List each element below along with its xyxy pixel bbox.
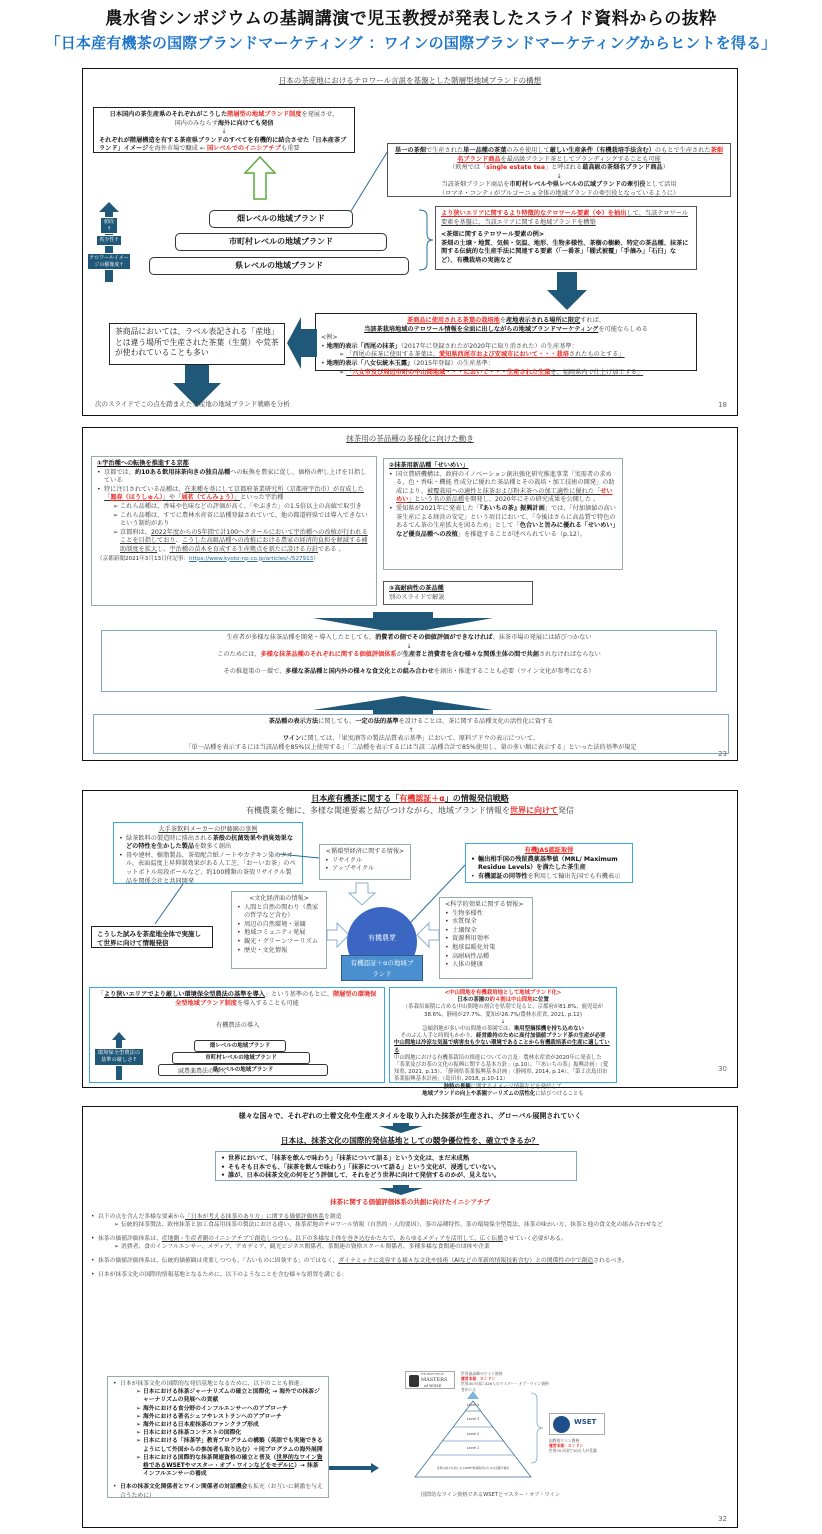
field-level-brand: 畑レベルの地域ブランド [194,1040,286,1052]
masters-of-wine-logo: THE INSTITUTE OF MASTERS of WINE [405,1371,455,1389]
pyramid-level-2: Level 2 [453,1432,493,1436]
initiative-bullets: 以下の点を含んだ多様な要素から「日本が考える抹茶のあり方」に関する価値評価体系を… [91,1213,727,1279]
arrow-down-icon [379,1123,423,1133]
terroir-elements-box: より狭いエリアに関するより特徴的なテロワール要素（※）を抽出して、当該テロワール… [435,206,697,270]
arrow-down-icon [379,1185,423,1195]
spread-initiative-box: こうした試みを茶産地全体で実施して世界に向けて情報発信 [91,926,213,948]
slide-title: 抹茶用の茶品種の多様化に向けた動き [83,433,737,444]
arrow-right-icon [329,1463,379,1473]
hollow-arrow-right-icon [327,923,349,947]
arrow-left-icon [287,317,317,369]
axis-tag-terroir: テロワールイメージの解像度↑ [87,253,131,270]
page-title: 農水省シンポジウムの基調講演で児玉教授が発表したスライド資料からの抜粋 [0,4,822,29]
culture-economy-box: <文化経済面の情報> 人間と自然の関わり（農家の哲学など含む） 周辺の自然環境・… [231,891,327,969]
field-level-brand: 畑レベルの地域ブランド [209,210,353,228]
axis-eco-standard: 環境保全型農法の基準の厳しさ↑ [94,1048,144,1066]
single-estate-box: 単一の茶畑で生産された単一品種の茶葉のみを使用して厳しい生産条件（有機栽培手法含… [387,143,731,197]
connector-line [393,863,469,943]
organic-introduction-note: 有機農法の導入 [216,1022,259,1031]
wine-caption: 国際的なワイン資格であるWSETとマスター・オブ・ワイン [421,1491,560,1498]
next-slide-note: 次のスライドでこの点を踏まえた茶産地の地域ブランド戦略を分析 [95,399,290,408]
connector-line [279,853,321,859]
axis-tag-price: 値段↑ [100,217,118,234]
pyramid-level-1: Level 1 [453,1446,493,1450]
slide-30: 日本産有機茶に関する「有機認証＋α」の情報発信戦略 有機農業を軸に、多様な関連要… [82,790,738,1088]
green-arrow-up-icon [245,157,275,199]
masters-of-wine-info: 世界最高峰のワイン資格 運営本部：ロンドン 世界30カ国に426人のマスター・オ… [461,1371,551,1392]
slide-23: 抹茶用の茶品種の多様化に向けた動き ①宇治種への転換を推進する京都 京都では、約… [82,427,738,761]
arrow-up-wide-icon [313,696,493,716]
labeling-standard-box: 茶品種の表示方法に関しても、一定の法的基準を設けることは、茶に関する品種文化の活… [93,714,729,754]
wset-logo: WSET [549,1413,605,1435]
pyramid-base: 世界の様々な国にあるWSET資格取得のための受験予備校 [417,1466,529,1470]
eco-hierarchy-box: 「より狭いエリアでより厳しい環境保全型農法の基準を導入」という基準のもとに、階層… [89,987,385,1083]
initiative-heading: 抹茶に関する価値評価体系の共創に向けたイニシアチブ [83,1197,737,1206]
connector-line [153,884,185,926]
matcha-culture-box: 世界において、「抹茶を飲んで味わう」「抹茶について語る」という文化は、まだ未成熟… [215,1151,577,1181]
kyoto-uji-box: ①宇治種への転換を推進する京都 京都では、約10ある飲用抹茶向きの独自品種への転… [91,456,377,606]
municipal-level-brand: 市町村レベルの地域ブランド [172,1052,310,1064]
reduced-pesticide-note: 減農薬農法の導入 [178,1068,226,1077]
slide-32: 様々な国々で、それぞれの土着文化や生産スタイルを取り入れた抹茶が生産され、グロー… [82,1106,738,1528]
municipal-level-brand: 市町村レベルの地域ブランド [175,233,387,251]
pyramid-level-4: Level 4 [453,1403,493,1407]
national-brand-box: 日本国内の茶生産県のそれぞれがこうした階層型の地域ブランド制度を発展させ、 国内… [93,107,355,153]
value-evaluation-box: 生産者が多様な抹茶品種を開発・導入したとしても、消費者の側でその価値評価ができな… [101,630,717,692]
slide-subtitle: 有機農業を軸に、多様な関連要素と結びつけながら、地域ブランド情報を世界に向けて発… [83,805,737,816]
label-origin-note: 茶商品においては、ラベル表記される「産地」とは違う場所で生産された茶葉（生葉）や… [109,323,285,365]
itoen-case-box: 大手茶飲料メーカーの伊藤園の事例 緑茶飲料の製造時に排出される茶殻の抗菌効果や消… [113,822,303,884]
prefecture-level-brand: 県レベルの地域ブランド [149,257,409,275]
slide-title: 日本の茶産地におけるテロワール言説を基盤とした階層型地域ブランドの構想 [83,75,737,86]
organic-brand-box: 有機認証＋αの地域ブランド [341,955,423,981]
pyramid-level-3: Level 3 [453,1417,493,1421]
origin-labeling-box: 茶商品に使用される茶葉の栽培地を産地表示される場所に限定すれば、 当該茶栽培地域… [315,313,697,371]
page-number: 32 [718,1515,727,1523]
page-number: 30 [718,1065,727,1073]
connector-line [351,149,391,213]
global-matcha-line: 様々な国々で、それぞれの土着文化や生産スタイルを取り入れた抹茶が生産され、グロー… [83,1112,737,1121]
competitive-question: 日本は、抹茶文化の国際的発信基地としての競争優位性を、確立できるか？ [83,1135,737,1146]
bracket [531,1393,543,1463]
page-number: 18 [718,401,727,409]
seimei-box: ②抹茶用新品種「せいめい」 国立農研機構は、政府のイノベーション創出強化研究推進… [383,458,623,570]
page-subtitle: 「日本産有機茶の国際ブランドマーケティング ：ワインの国際ブランドマーケティング… [0,32,822,53]
page-number: 23 [718,750,727,758]
axis-tag-rarity: 希少性↑ [96,235,122,246]
slide-title: 日本産有機茶に関する「有機認証＋α」の情報発信戦略 [83,793,737,804]
disease-resistant-box: ③高耐病性の茶品種 別のスライドで解説 [383,581,533,605]
wset-info: 国際的ワイン資格 運営本部：ロンドン 世界70カ国で10万人が受講 [549,1438,597,1454]
arrow-down-icon [547,272,587,310]
bracket [419,210,435,270]
promotion-box: 日本が抹茶文化の国際的な発信基地となるために、以下のことも推進： 日本における抹… [107,1376,329,1498]
source-link[interactable]: https://www.kyoto-np.co.jp/articles/-/52… [189,556,313,562]
mountain-area-box: <中山間地を有機栽培地として地域ブランド化> 日本の茶園の約４割は中山間地に位置… [389,987,617,1083]
hollow-arrow-down-icon [349,883,375,905]
slide-18: 日本の茶産地におけるテロワール言説を基盤とした階層型地域ブランドの構想 日本国内… [82,68,738,416]
organic-jas-box: 有機JAS認証取得 輸出相手国の残留農薬基準値（MRL/ Maximum Res… [465,843,633,883]
